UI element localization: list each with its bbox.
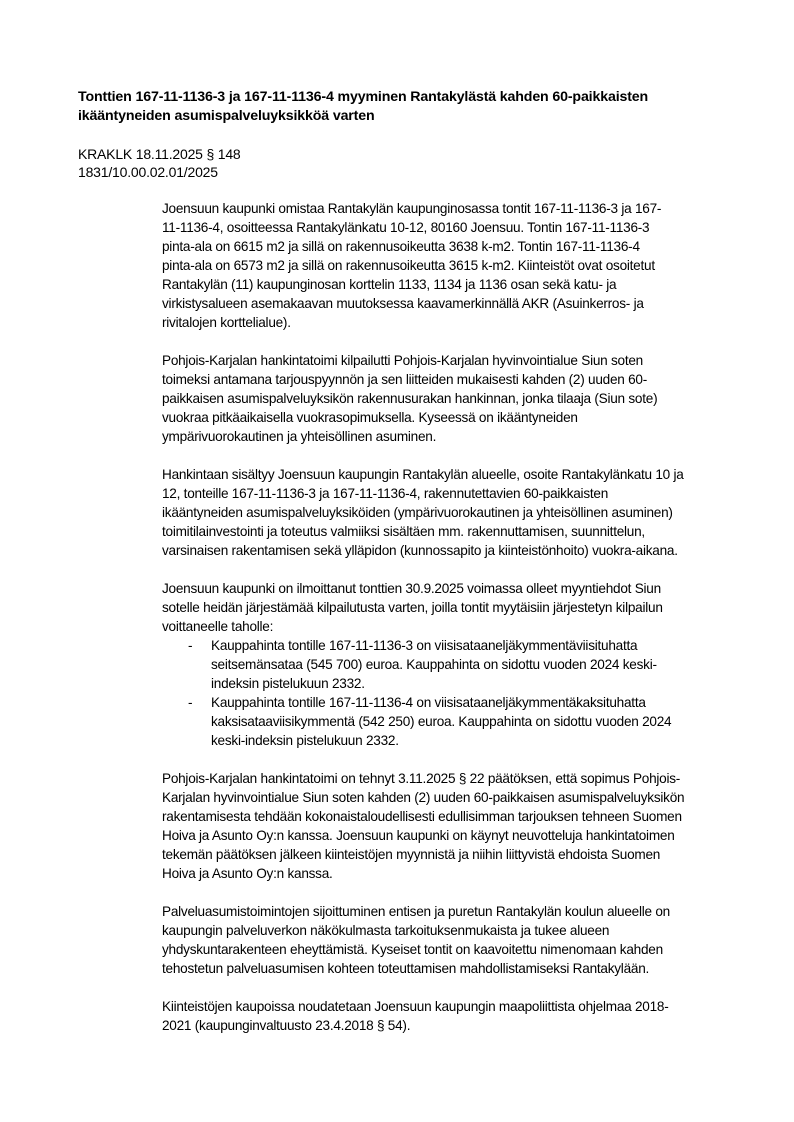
text-line: indeksin pistelukuun 2332. xyxy=(211,674,742,693)
text-line: Karjalan hyvinvointialue Siun soten kahd… xyxy=(162,788,742,807)
text-line: virkistysalueen asemakaavan muutoksessa … xyxy=(162,294,742,313)
document-page: Tonttien 167-11-1136-3 ja 167-11-1136-4 … xyxy=(0,0,794,1122)
text-line: ympärivuorokautinen ja yhteisöllinen asu… xyxy=(162,427,742,446)
paragraph: Pohjois-Karjalan hankintatoimi on tehnyt… xyxy=(162,769,742,883)
price-list: -Kauppahinta tontille 167-11-1136-3 on v… xyxy=(162,636,742,750)
text-line: 2021 (kaupunginvaltuusto 23.4.2018 § 54)… xyxy=(162,1016,742,1035)
paragraph: Joensuun kaupunki on ilmoittanut tonttie… xyxy=(162,579,742,750)
text-line: paikkaisen asumispalveluyksikön rakennus… xyxy=(162,389,742,408)
text-line: Joensuun kaupunki omistaa Rantakylän kau… xyxy=(162,199,742,218)
text-line: toimeksi antamana tarjouspyynnön ja sen … xyxy=(162,370,742,389)
text-line: kaupungin palveluverkon näkökulmasta tar… xyxy=(162,921,742,940)
text-line: varsinaisen rakentamisen sekä ylläpidon … xyxy=(162,541,742,560)
dash-bullet: - xyxy=(188,693,192,712)
text-line: tehostetun palveluasumisen kohteen toteu… xyxy=(162,959,742,978)
text-line: Hoiva ja Asunto Oy:n kanssa. Joensuun ka… xyxy=(162,826,742,845)
text-line: pinta-ala on 6615 m2 ja sillä on rakennu… xyxy=(162,237,742,256)
text-line: Rantakylän (11) kaupunginosan korttelin … xyxy=(162,275,742,294)
text-line: 12, tonteille 167-11-1136-3 ja 167-11-11… xyxy=(162,484,742,503)
list-item: -Kauppahinta tontille 167-11-1136-3 on v… xyxy=(162,636,742,693)
text-line: 11-1136-4, osoitteessa Rantakylänkatu 10… xyxy=(162,218,742,237)
document-body: Joensuun kaupunki omistaa Rantakylän kau… xyxy=(162,199,742,1054)
text-line: vuokraa pitkäaikaisella vuokrasopimuksel… xyxy=(162,408,742,427)
text-line: Hoiva ja Asunto Oy:n kanssa. xyxy=(162,864,742,883)
text-line: seitsemänsataa (545 700) euroa. Kauppahi… xyxy=(211,655,742,674)
record-number: 1831/10.00.02.01/2025 xyxy=(78,163,241,181)
text-line: Kauppahinta tontille 167-11-1136-3 on vi… xyxy=(211,636,742,655)
text-line: Palveluasumistoimintojen sijoittuminen e… xyxy=(162,902,742,921)
text-line: tekemän päätöksen jälkeen kiinteistöjen … xyxy=(162,845,742,864)
text-line: voittaneelle taholle: xyxy=(162,617,742,636)
session-reference: KRAKLK 18.11.2025 § 148 xyxy=(78,145,241,163)
document-title: Tonttien 167-11-1136-3 ja 167-11-1136-4 … xyxy=(78,88,738,126)
text-line: Joensuun kaupunki on ilmoittanut tonttie… xyxy=(162,579,742,598)
text-line: rakentamisesta tehdään kokonaistaloudell… xyxy=(162,807,742,826)
paragraph: Pohjois-Karjalan hankintatoimi kilpailut… xyxy=(162,351,742,446)
paragraph: Hankintaan sisältyy Joensuun kaupungin R… xyxy=(162,465,742,560)
dash-bullet: - xyxy=(188,636,192,655)
text-line: keski-indeksin pistelukuun 2332. xyxy=(211,731,742,750)
paragraph: Palveluasumistoimintojen sijoittuminen e… xyxy=(162,902,742,978)
text-line: kaksisataaviisikymmentä (542 250) euroa.… xyxy=(211,712,742,731)
text-line: Pohjois-Karjalan hankintatoimi on tehnyt… xyxy=(162,769,742,788)
text-line: Kauppahinta tontille 167-11-1136-4 on vi… xyxy=(211,693,742,712)
text-line: Hankintaan sisältyy Joensuun kaupungin R… xyxy=(162,465,742,484)
paragraph: Joensuun kaupunki omistaa Rantakylän kau… xyxy=(162,199,742,332)
title-line: Tonttien 167-11-1136-3 ja 167-11-1136-4 … xyxy=(78,88,738,107)
text-line: ikääntyneiden asumispalveluyksiköiden (y… xyxy=(162,503,742,522)
title-line: ikääntyneiden asumispalveluyksikköä vart… xyxy=(78,107,738,126)
document-meta: KRAKLK 18.11.2025 § 148 1831/10.00.02.01… xyxy=(78,145,241,181)
text-line: Kiinteistöjen kaupoissa noudatetaan Joen… xyxy=(162,997,742,1016)
text-line: toimitilainvestointi ja toteutus valmiik… xyxy=(162,522,742,541)
text-line: pinta-ala on 6573 m2 ja sillä on rakennu… xyxy=(162,256,742,275)
text-line: yhdyskuntarakenteen eheyttämistä. Kyseis… xyxy=(162,940,742,959)
text-line: rivitalojen korttelialue). xyxy=(162,313,742,332)
list-item: -Kauppahinta tontille 167-11-1136-4 on v… xyxy=(162,693,742,750)
paragraph: Kiinteistöjen kaupoissa noudatetaan Joen… xyxy=(162,997,742,1035)
text-line: sotelle heidän järjestämää kilpailutusta… xyxy=(162,598,742,617)
text-line: Pohjois-Karjalan hankintatoimi kilpailut… xyxy=(162,351,742,370)
